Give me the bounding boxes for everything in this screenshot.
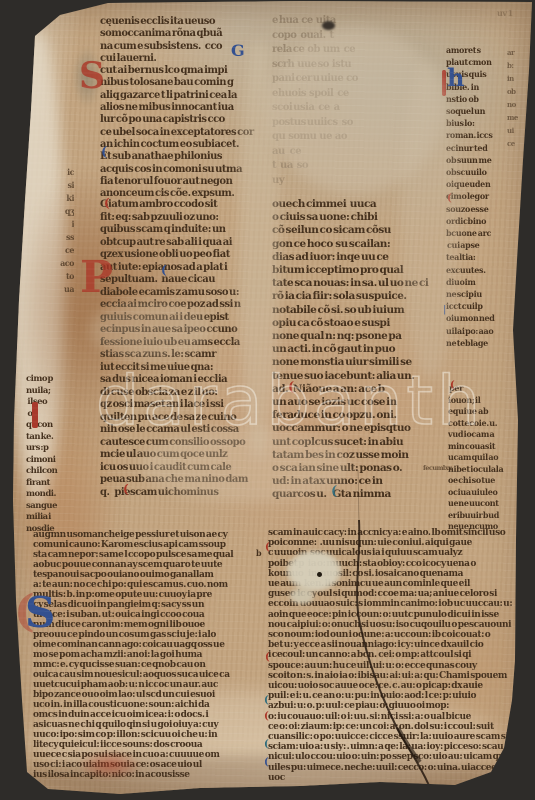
interlinear-side-note: fecum lxx [423,464,457,473]
manuscript-photo: cęuenis ecclis ita ueuso somoccanima rõn… [0,0,535,800]
pilcrow-mark: ( [264,712,269,722]
bottom-right-text-block: scam in auic cacy: in accnicy a: e aino.… [268,528,520,782]
pilcrow-mark: ( [288,381,294,394]
section-initial-blue-g: G [231,43,245,59]
pilcrow-mark: ( [264,696,269,706]
penwork-flourish-red: ( [14,590,35,634]
pilcrow-mark: ( [264,758,269,768]
lombard-initial-red-p: P [80,256,113,300]
pilcrow-mark: ( [265,543,270,553]
pilcrow-mark: ( [104,197,110,209]
right-edge-cut-fragments: ar b: in ob no me ui ce [507,46,529,156]
pilcrow-mark: ( [264,740,269,750]
pilcrow-mark: ( [123,483,129,495]
right-column-faded-text: e hua ce uita copo ouai. t rela ce ob um… [272,14,432,198]
margin-initial-red-i [32,402,38,428]
margin-initial-blue-h: h [447,66,464,90]
pilcrow-mark: | [443,306,446,315]
pilcrow-mark: ( [101,146,107,159]
bottom-left-text-block: augmn usomancheige pessiur et uison ae c… [33,530,251,780]
pilcrow-mark: ( [450,381,455,391]
top-right-fragments: uv 1 [497,8,531,20]
pilcrow-mark: ( [447,194,452,204]
right-margin-lower-text: per iouon; il equiue ab cottecoie. u. vu… [448,383,528,535]
parchment-leaf: cęuenis ecclis ita ueuso somoccanima rõn… [0,0,535,800]
left-margin-note-block: cimo p nuila; ilseo oy qucon tan ke. urs… [26,374,78,536]
right-column-main-text: ouech cimmei uuca o ciuis sa uone: chibi… [272,198,450,504]
left-margin-small-notes: ic si ki qʒ i ss ce aco to ua [48,166,74,298]
margin-initial-red-bar [442,70,446,96]
lombard-initial-red-top: S [79,58,105,94]
left-column-main-text: Giatum ambro ccodo sit fit: eq: sab pzuu… [100,199,268,499]
pilcrow-mark: ( [331,485,337,498]
pilcrow-mark: ( [161,264,167,276]
pilcrow-mark: ( [265,653,270,663]
